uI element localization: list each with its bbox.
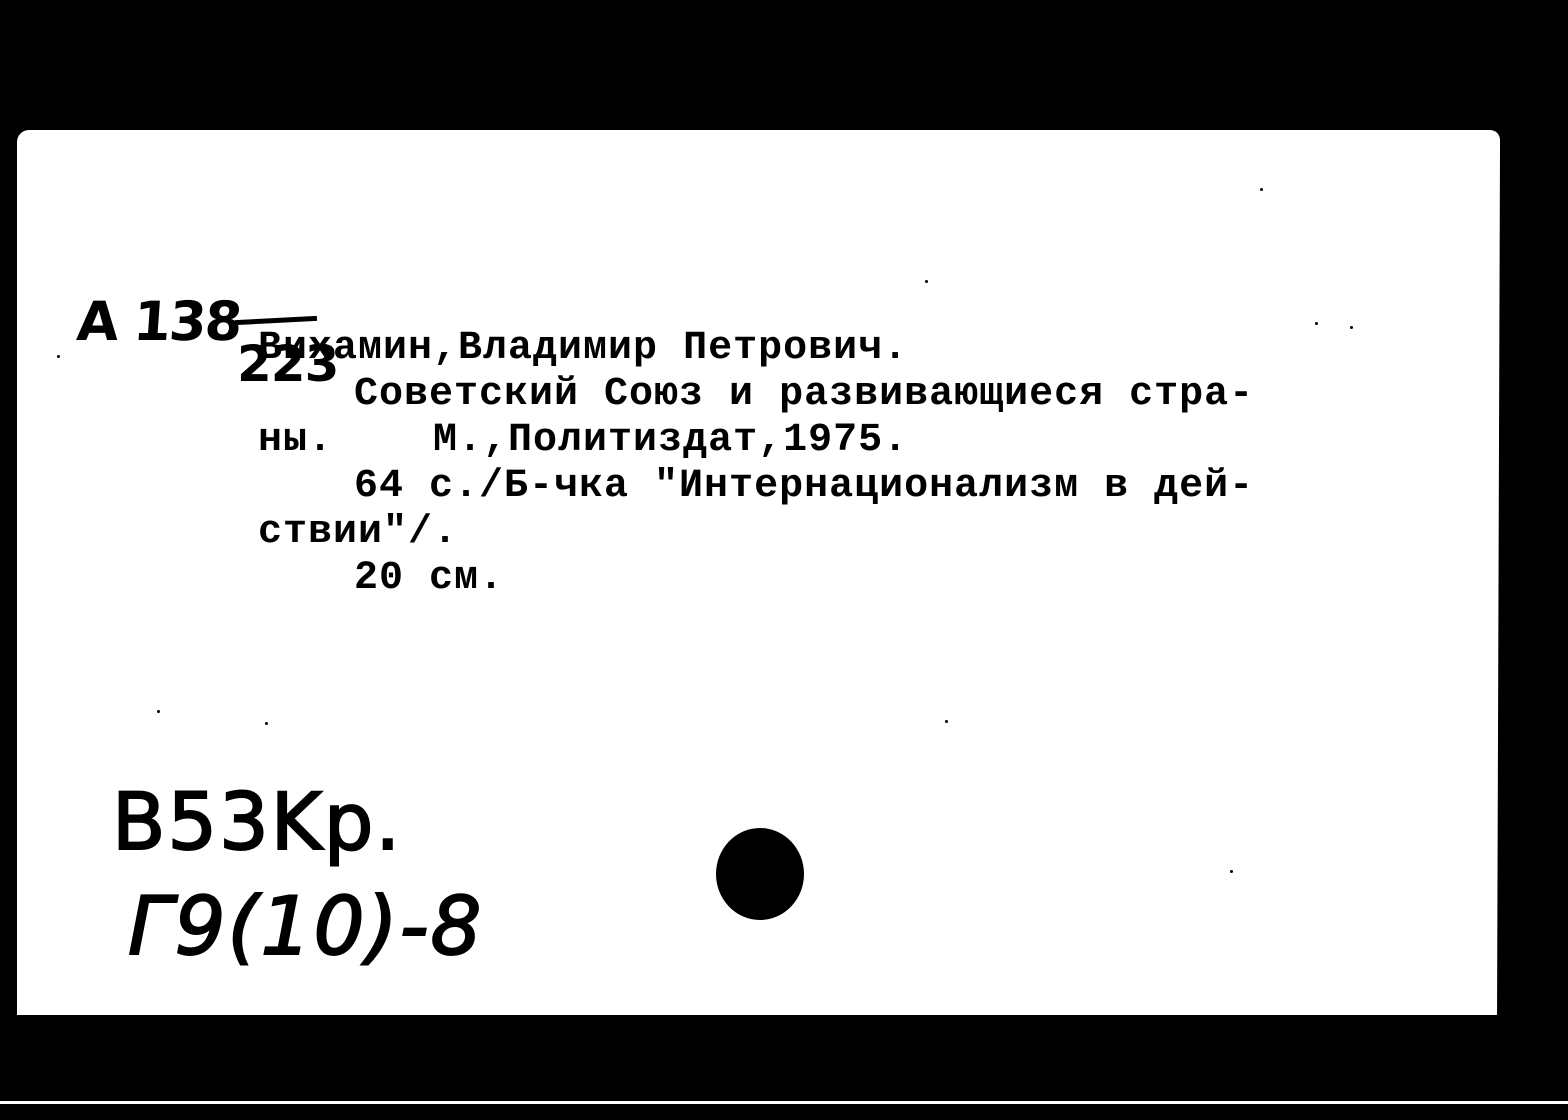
shelf-mark-fraction-bar <box>235 316 317 325</box>
size-line: 20 см. <box>258 556 1478 602</box>
series-line: ствии"/. <box>258 510 1478 556</box>
classification-code: B53Kp. <box>112 778 402 868</box>
pagination-line: 64 с./Б-чка "Интернационализм в дей- <box>258 464 1478 510</box>
scan-speck <box>265 722 268 725</box>
scan-speck <box>57 355 60 358</box>
scan-speck <box>157 710 160 713</box>
scan-speck <box>1230 870 1233 873</box>
scan-edge-line <box>0 1101 1568 1104</box>
scan-speck <box>1315 322 1318 325</box>
scan-speck <box>945 720 948 723</box>
punch-hole <box>716 828 804 920</box>
classification-index: Г9(10)-8 <box>128 880 483 973</box>
imprint-line: ны. М.,Политиздат,1975. <box>258 418 1478 464</box>
scan-speck <box>1350 326 1353 329</box>
bibliographic-entry: Вихамин,Владимир Петрович. Советский Сою… <box>258 326 1478 602</box>
scan-speck <box>925 280 928 283</box>
scan-speck <box>1260 188 1263 191</box>
shelf-mark-numerator: А 138 <box>75 290 243 353</box>
title-line: Советский Союз и развивающиеся стра- <box>258 372 1478 418</box>
author-line: Вихамин,Владимир Петрович. <box>258 326 1478 372</box>
